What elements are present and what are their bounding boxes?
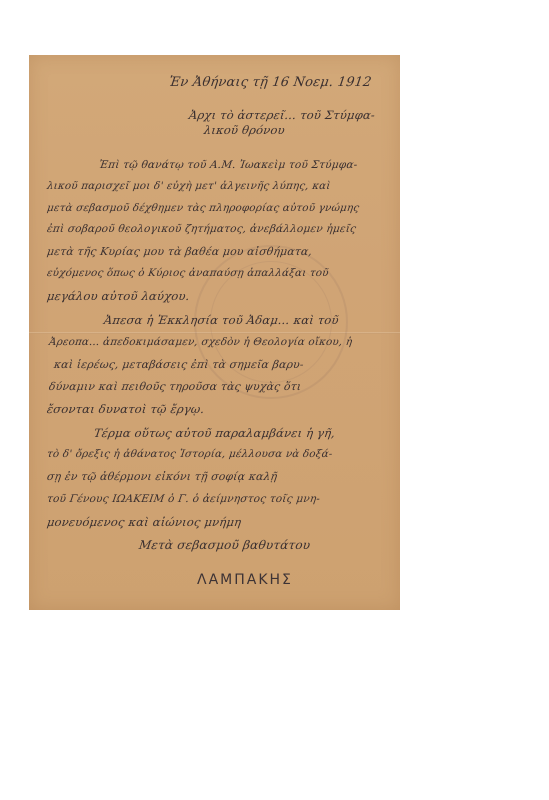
letter-closing: Μετὰ σεβασμοῦ βαθυτάτου — [138, 538, 311, 552]
addressee-line-1: Ἀρχι τὸ ἀστερεῖ… τοῦ Στύμφα- — [188, 108, 376, 122]
body-line-9: Ἀρεοπα… ἀπεδοκιμάσαμεν, σχεδὸν ἡ Θεολογί… — [48, 336, 353, 348]
letter-signature: ΛΑΜΠΑΚΗΣ — [197, 572, 293, 588]
addressee-line-2: λικοῦ θρόνου — [203, 123, 286, 137]
body-line-12: ἔσονται δυνατοὶ τῷ ἔργῳ. — [46, 402, 205, 416]
body-line-3: μετὰ σεβασμοῦ δέχθημεν τὰς πληροφορίας α… — [46, 202, 360, 214]
body-line-16: τοῦ Γένους ΙΩΑΚΕΙΜ ὁ Γ. ὁ ἀείμνηστος τοῖ… — [46, 493, 321, 505]
body-line-15: σῃ ἐν τῷ ἀθέρμονι εἰκόνι τῇ σοφίᾳ καλῇ — [46, 470, 278, 483]
body-line-1: Ἐπὶ τῷ θανάτῳ τοῦ Α.Μ. Ἰωακεὶμ τοῦ Στύμφ… — [98, 159, 358, 171]
body-line-6: εὐχόμενος ὅπως ὁ Κύριος ἀναπαύσῃ ἀπαλλάξ… — [46, 267, 329, 279]
body-line-2: λικοῦ παρισχεῖ μοι δ' εὐχὴ μετ' ἀλγεινῆς… — [46, 180, 331, 192]
body-line-5: μετὰ τῆς Κυρίας μου τὰ βαθέα μου αἰσθήμα… — [46, 245, 313, 258]
letter-place-date: Ἐν Ἀθήναις τῇ 16 Νοεμ. 1912 — [168, 75, 373, 90]
body-line-14: τὸ δ' ὄρεξις ἡ ἀθάνατος Ἱστορία, μέλλουσ… — [46, 448, 333, 460]
body-line-4: ἐπὶ σοβαροῦ θεολογικοῦ ζητήματος, ἀνεβάλ… — [46, 223, 357, 235]
body-line-17: μονευόμενος καὶ αἰώνιος μνήμη — [46, 515, 242, 529]
body-line-7: μεγάλου αὐτοῦ λαύχου. — [46, 289, 191, 303]
body-line-10: καὶ ἱερέως, μεταβάσεις ἐπὶ τὰ σημεῖα βαρ… — [53, 358, 305, 371]
letter-paper: Ἐν Ἀθήναις τῇ 16 Νοεμ. 1912 Ἀρχι τὸ ἀστε… — [29, 55, 400, 610]
body-line-11: δύναμιν καὶ πειθοῦς τηροῦσα τὰς ψυχὰς ὅτ… — [48, 380, 302, 393]
body-line-8: Ἀπεσα ἡ Ἐκκλησία τοῦ Ἀδαμ… καὶ τοῦ — [103, 313, 340, 327]
body-line-13: Τέρμα οὕτως αὐτοῦ παραλαμβάνει ἡ γῆ, — [93, 426, 336, 440]
